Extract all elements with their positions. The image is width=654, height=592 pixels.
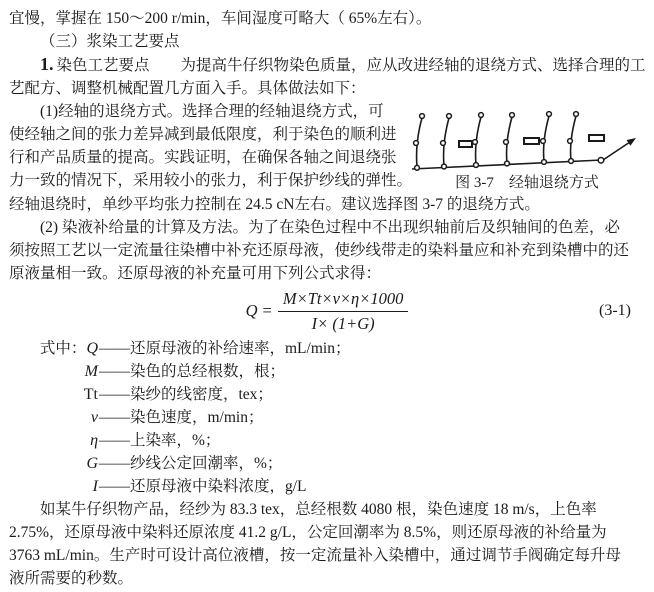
formula-numerator: M×Tt×v×η×1000 xyxy=(278,289,409,312)
formula-3-1: Q = M×Tt×v×η×1000 I× (1+G) (3-1) xyxy=(9,285,645,337)
sub1-line2: 使经轴之间的张力差异减到最低限度，利于染色的顺利进 xyxy=(9,123,409,146)
formula-lhs: Q xyxy=(246,301,263,321)
definition-row: v ——染色速度，m/min； xyxy=(9,406,645,429)
sub2-line2: 须按照工艺以一定流量往染槽中补充还原母液，使纱线带走的染料量应和补充到染槽中的还 xyxy=(9,239,645,262)
item1-text: 染色工艺要点 为提高牛仔织物染色质量，应从改进经轴的退绕方式、选择合理的工 xyxy=(57,57,646,74)
symbol-M: M xyxy=(85,360,99,383)
symbol-Tt: Tt xyxy=(84,383,99,406)
item1-line1: 1.染色工艺要点 为提高牛仔织物染色质量，应从改进经轴的退绕方式、选择合理的工 xyxy=(9,53,645,77)
item1-number: 1. xyxy=(40,54,57,74)
sub1-line5: 经轴退绕时，单纱平均张力控制在 24.5 cN左右。建议选择图 3-7 的退绕方… xyxy=(9,193,645,216)
definition-row: M ——染色的总经根数，根； xyxy=(9,360,645,383)
example-line3: 3763 mL/min。生产时可设计高位液槽，按一定流量补入染槽中，通过调节手阀… xyxy=(9,544,645,567)
formula-equals: = xyxy=(263,301,278,321)
definition-row: G ——纱线公定回潮率，%； xyxy=(9,452,645,475)
example-line2: 2.75%，还原母液中染料还原浓度 41.2 g/L，公定回潮率为 8.5%，则… xyxy=(9,521,645,544)
definition-row: Tt ——染纱的线密度，tex； xyxy=(9,383,645,406)
definitions-list: 式中：Q ——还原母液的补给速率，mL/min； M ——染色的总经根数，根； … xyxy=(9,337,645,498)
definition-row: η ——上染率，%； xyxy=(9,429,645,452)
example-line4: 液所需要的秒数。 xyxy=(9,567,645,590)
sub2-line1: (2) 染液补给量的计算及方法。为了在染色过程中不出现织轴前后及织轴间的色差，必 xyxy=(9,216,645,239)
sub2-line3: 原液量相一致。还原母液的补充量可用下列公式求得： xyxy=(9,262,645,285)
arrowhead-icon xyxy=(627,138,636,146)
sub1-line1: (1)经轴的退绕方式。选择合理的经轴退绕方式，可 xyxy=(9,100,409,123)
formula-expression: Q = M×Tt×v×η×1000 I× (1+G) xyxy=(246,289,409,334)
warp-beam-unwinding-diagram xyxy=(409,103,641,173)
definition-row: 式中：Q ——还原母液的补给速率，mL/min； xyxy=(9,337,645,360)
arrow-icon xyxy=(603,140,633,160)
beam-bar xyxy=(524,138,539,144)
figure-3-7: 图 3-7 经轴退绕方式 xyxy=(409,100,645,193)
example-line1: 如某牛仔织物产品，经纱为 83.3 tex，总经根数 4080 根，染色速度 1… xyxy=(9,498,645,521)
symbol-G: G xyxy=(86,452,99,475)
sub1-line4: 力一致的情况下，采用较小的张力，利于保护纱线的弹性。 xyxy=(9,169,409,192)
definition-text: ——还原母液中染料浓度，g/L xyxy=(99,475,307,498)
definition-text: ——还原母液的补给速率，mL/min； xyxy=(99,337,350,360)
document-page: 宜慢，掌握在 150～200 r/min，车间湿度可略大（ 65%左右）。 （三… xyxy=(0,0,654,590)
definition-text: ——染纱的线密度，tex； xyxy=(99,383,273,406)
symbol-eta: η xyxy=(90,429,99,452)
beam-bar xyxy=(589,135,604,141)
definition-text: ——染色的总经根数，根； xyxy=(99,360,285,383)
equation-number: (3-1) xyxy=(599,302,631,320)
definition-text: ——染色速度，m/min； xyxy=(99,406,263,429)
sub1-with-figure: (1)经轴的退绕方式。选择合理的经轴退绕方式，可 使经轴之间的张力差异减到最低限… xyxy=(9,100,645,193)
definition-row: I ——还原母液中染料浓度，g/L xyxy=(9,475,645,498)
symbol-v: v xyxy=(91,406,99,429)
definition-text: ——上染率，%； xyxy=(99,429,220,452)
definitions-prefix: 式中： xyxy=(40,337,87,360)
sub1-text: (1)经轴的退绕方式。选择合理的经轴退绕方式，可 使经轴之间的张力差异减到最低限… xyxy=(9,100,409,192)
section-heading: （三）浆染工艺要点 xyxy=(9,30,645,53)
sub1-line3: 行和产品质量的提高。实践证明，在确保各轴之间退绕张 xyxy=(9,146,409,169)
item1-line2: 艺配方、调整机械配置几方面入手。具体做法如下： xyxy=(9,77,645,100)
beam-bar xyxy=(459,141,472,147)
figure-caption: 图 3-7 经轴退绕方式 xyxy=(409,173,645,193)
formula-denominator: I× (1+G) xyxy=(278,312,409,334)
intro-line: 宜慢，掌握在 150～200 r/min，车间湿度可略大（ 65%左右）。 xyxy=(9,7,645,30)
symbol-Q: Q xyxy=(86,337,99,360)
definition-text: ——纱线公定回潮率，%； xyxy=(99,452,282,475)
formula-fraction: M×Tt×v×η×1000 I× (1+G) xyxy=(278,289,409,334)
